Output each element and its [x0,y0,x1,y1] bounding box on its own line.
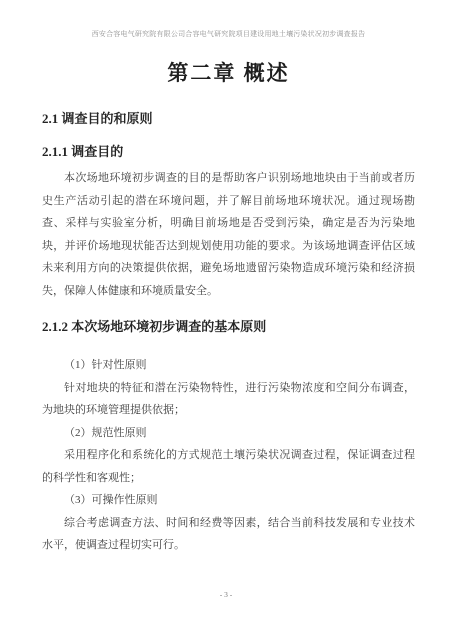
principle-item: （3）可操作性原则 综合考虑调查方法、时间和经费等因素，结合当前科技发展和专业技… [42,489,415,557]
principle-item: （2）规范性原则 采用程序化和系统化的方式规范土壤污染状况调查过程，保证调查过程… [42,422,415,490]
principle-label-1: （1）针对性原则 [42,354,415,377]
page-number: - 3 - [0,590,452,599]
principle-label-2: （2）规范性原则 [42,422,415,445]
section-heading-2-1-1: 2.1.1 调查目的 [42,144,415,160]
section-heading-2-1-2: 2.1.2 本次场地环境初步调查的基本原则 [42,319,415,335]
principle-text-1: 针对地块的特征和潜在污染物特性，进行污染物浓度和空间分布调查，为地块的环境管理提… [42,377,415,422]
document-page: 西安合容电气研究院有限公司合容电气研究院项目建设用地土壤污染状况初步调查报告 第… [0,0,452,639]
principle-label-3: （3）可操作性原则 [42,489,415,512]
page-header: 西安合容电气研究院有限公司合容电气研究院项目建设用地土壤污染状况初步调查报告 [42,30,415,39]
chapter-title: 第二章 概述 [42,59,415,87]
principles-list: （1）针对性原则 针对地块的特征和潜在污染物特性，进行污染物浓度和空间分布调查，… [42,354,415,557]
paragraph-survey-purpose: 本次场地环境初步调查的目的是帮助客户识别场地地块由于当前或者历史生产活动引起的潜… [42,167,415,302]
principle-text-3: 综合考虑调查方法、时间和经费等因素，结合当前科技发展和专业技术水平，使调查过程切… [42,512,415,557]
principle-item: （1）针对性原则 针对地块的特征和潜在污染物特性，进行污染物浓度和空间分布调查，… [42,354,415,422]
principle-text-2: 采用程序化和系统化的方式规范土壤污染状况调查过程，保证调查过程的科学性和客观性； [42,444,415,489]
section-heading-2-1: 2.1 调查目的和原则 [42,111,415,127]
